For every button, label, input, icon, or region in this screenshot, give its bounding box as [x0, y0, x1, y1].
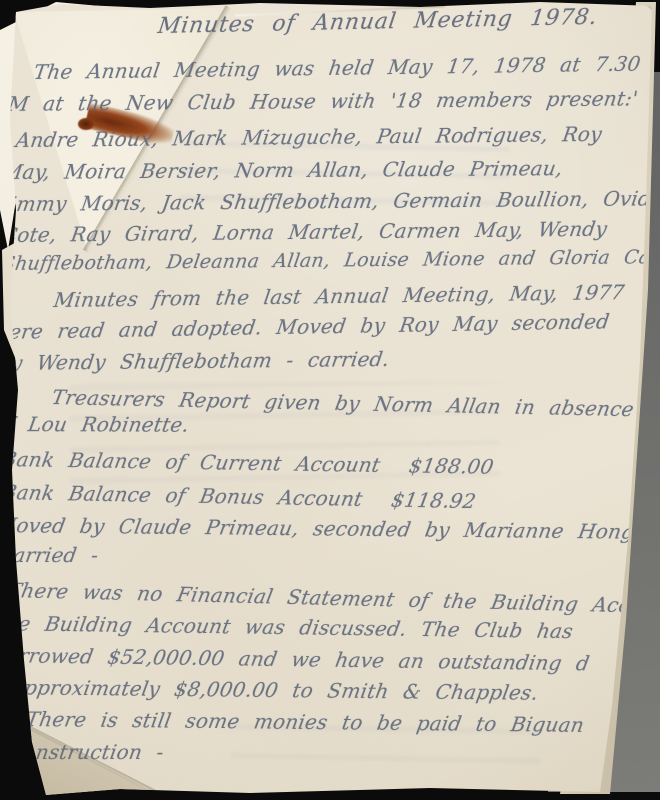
handwritten-line: Carried -	[0, 543, 100, 567]
handwritten-line: The Building Account was discussed. The …	[0, 611, 575, 643]
ink-bleed-ghost	[230, 718, 540, 782]
folded-corner-top-left	[0, 0, 660, 800]
handwritten-line: borrowed $52,000.00 and we have an outst…	[0, 643, 591, 675]
handwritten-line: Jimmy Moris, Jack Shufflebotham, Germain…	[0, 186, 660, 216]
handwritten-line: The Annual Meeting was held May 17, 1978…	[32, 52, 642, 85]
scanned-page: Minutes of Annual Meeting 1978. The Annu…	[0, 0, 660, 800]
scanned-document-photo: Minutes of Annual Meeting 1978. The Annu…	[0, 0, 660, 800]
rust-stain	[78, 118, 94, 130]
handwritten-line: Bank Balance of Current Account $188.00	[0, 447, 496, 479]
paper-crease	[235, 5, 445, 16]
handwritten-line: nstruction -	[34, 740, 166, 764]
fold-crease-shadow	[83, 5, 232, 253]
handwritten-line: There is still some monies to be paid to…	[24, 707, 586, 737]
handwriting-layer: Minutes of Annual Meeting 1978. The Annu…	[0, 0, 660, 800]
handwritten-line: Cote, Ray Girard, Lorna Martel, Carmen M…	[0, 217, 609, 247]
handwritten-line: P.M at the New Club House with '18 membe…	[0, 86, 640, 116]
handwritten-line: were read and adopted. Moved by Roy May …	[0, 309, 611, 344]
handwritten-line: Treasurers Report given by Norm Allan in…	[50, 385, 636, 421]
rust-stain	[84, 102, 176, 147]
handwritten-line: Minutes from the last Annual Meeting, Ma…	[52, 280, 626, 312]
handwritten-line: May, Moira Bersier, Norm Allan, Claude P…	[0, 156, 564, 184]
folded-corner-bottom-left	[0, 0, 660, 800]
handwritten-line: Moved by Claude Primeau, seconded by Mar…	[0, 513, 636, 544]
ink-bleed-ghost	[180, 126, 510, 222]
handwritten-line: There was no Financial Statement of the …	[6, 578, 660, 618]
handwritten-line: Shufflebotham, Deleanna Allan, Louise Mi…	[0, 246, 660, 275]
handwritten-line: f approximately $8,000.00 to Smith & Cha…	[0, 675, 540, 705]
handwritten-line: of Lou Robinette.	[0, 412, 191, 437]
document-title: Minutes of Annual Meeting 1978.	[156, 5, 599, 39]
handwritten-line: Andre Rioux, Mark Mizuguche, Paul Rodrig…	[14, 122, 603, 152]
handwritten-line: by Wendy Shufflebotham - carried.	[0, 347, 391, 375]
fold-crease-shadow	[23, 723, 162, 797]
handwritten-line: Bank Balance of Bonus Account $118.92	[0, 480, 478, 513]
ink-bleed-ghost	[70, 382, 500, 502]
